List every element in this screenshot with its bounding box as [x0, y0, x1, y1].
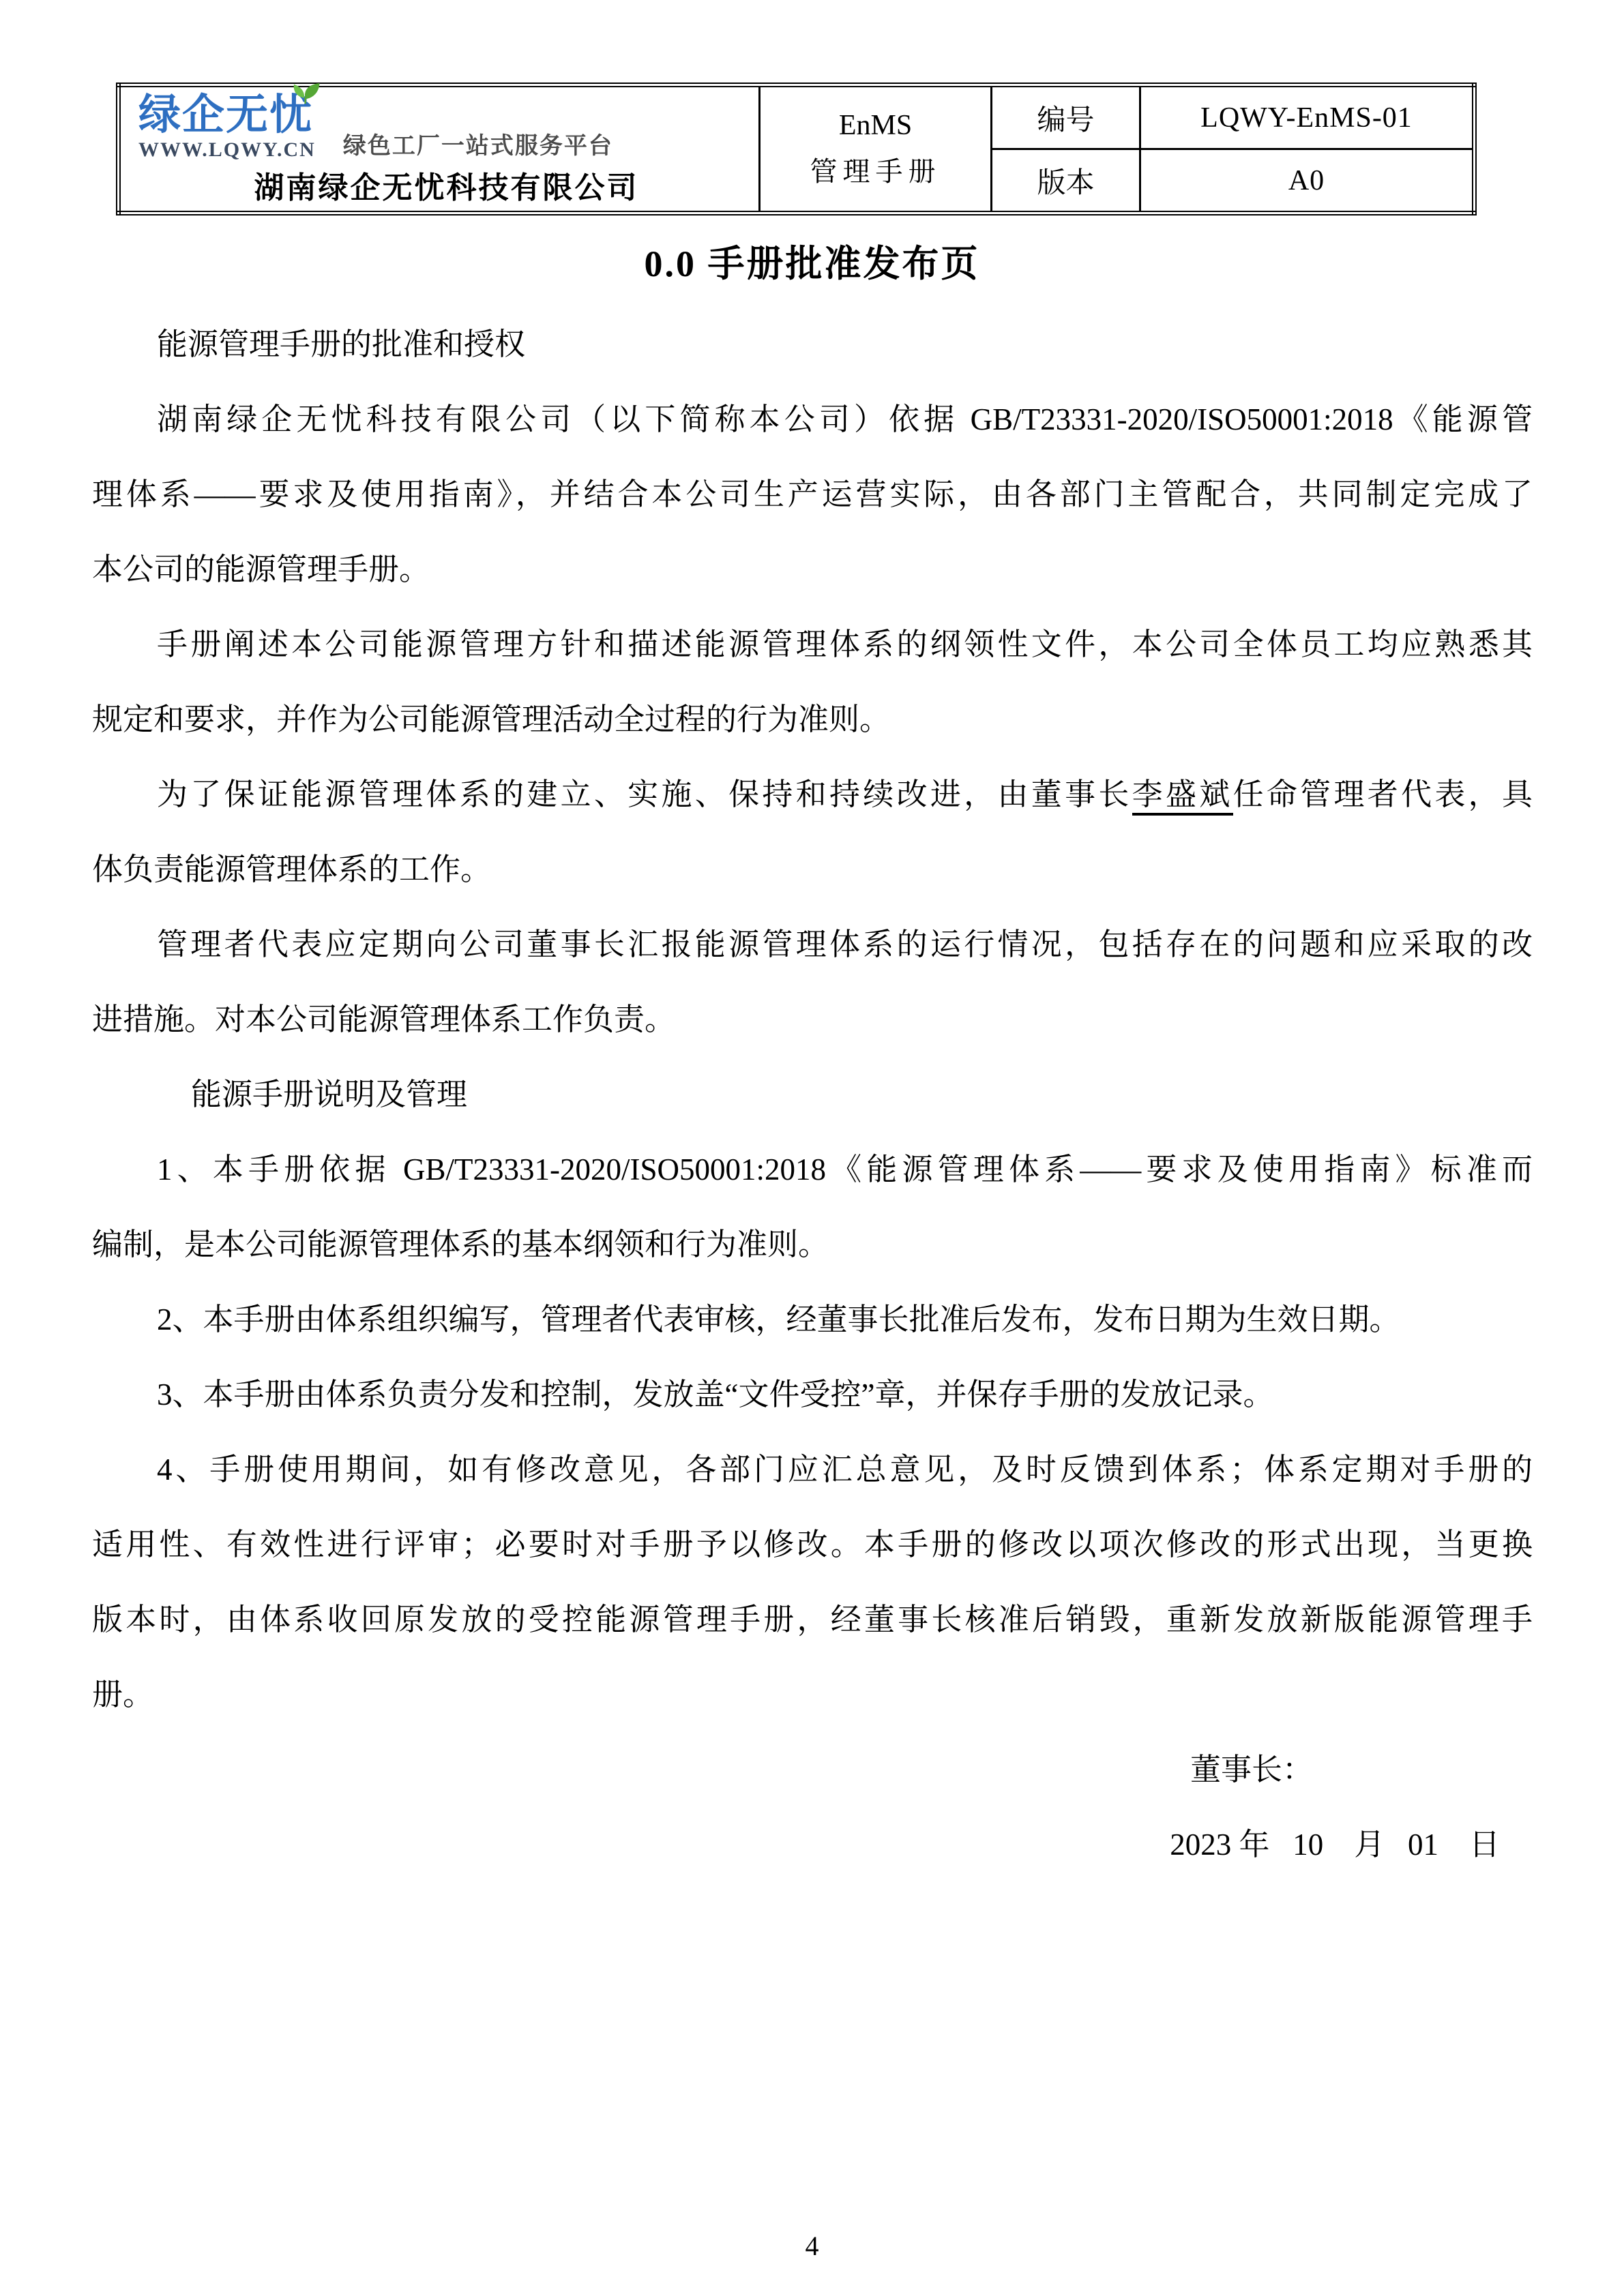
website-url: WWW.LQWY.CN	[138, 138, 316, 162]
field-label-version: 版本	[992, 149, 1140, 213]
body-line-post: 任命管理者代表，具	[1233, 777, 1533, 811]
body-line: 1、本手册依据 GB/T23331-2020/ISO50001:2018《能源管…	[92, 1132, 1533, 1207]
body-line: 体负责能源管理体系的工作。	[92, 832, 1533, 907]
logo-row: 绿企无忧 WWW.LQWY.CN 绿色工厂一站式服务平台	[138, 93, 754, 162]
field-label-number: 编号	[992, 85, 1140, 149]
body-line: 手册阐述本公司能源管理方针和描述能源管理体系的纲领性文件，本公司全体员工均应熟悉…	[92, 607, 1533, 682]
logo-tagline: 绿色工厂一站式服务平台	[343, 127, 613, 160]
body-subheading: 能源手册说明及管理	[92, 1057, 1533, 1132]
body-line: 理体系——要求及使用指南》，并结合本公司生产运营实际，由各部门主管配合，共同制定…	[92, 457, 1533, 532]
doc-type-name: 管理手册	[761, 150, 990, 189]
brand-logotype: 绿企无忧	[138, 93, 313, 137]
page-number: 4	[0, 2230, 1624, 2262]
body-line-pre: 为了保证能源管理体系的建立、实施、保持和持续改进，由董事长	[157, 777, 1132, 811]
signature-date: 2023 年 10 月 01 日	[92, 1807, 1533, 1882]
body-line: 版本时，由体系收回原发放的受控能源管理手册，经董事长核准后销毁，重新发放新版能源…	[92, 1582, 1533, 1657]
body-line: 进措施。对本公司能源管理体系工作负责。	[92, 982, 1533, 1057]
doc-type-code: EnMS	[761, 109, 990, 142]
body-line: 4、手册使用期间，如有修改意见，各部门应汇总意见，及时反馈到体系；体系定期对手册…	[92, 1432, 1533, 1507]
body-line: 适用性、有效性进行评审；必要时对手册予以修改。本手册的修改以项次修改的形式出现，…	[92, 1507, 1533, 1582]
document-header-table: 绿企无忧 WWW.LQWY.CN 绿色工厂一站式服务平台 湖南绿企无	[116, 83, 1477, 215]
logo-block: 绿企无忧 WWW.LQWY.CN 绿色工厂一站式服务平台 湖南绿企无	[121, 87, 758, 211]
company-name: 湖南绿企无忧科技有限公司	[138, 163, 754, 207]
page-title: 0.0 手册批准发布页	[0, 235, 1624, 287]
logo-left: 绿企无忧 WWW.LQWY.CN	[138, 93, 316, 162]
leaf-icon	[287, 82, 321, 105]
body-text: 能源管理手册的批准和授权 湖南绿企无忧科技有限公司（以下简称本公司）依据 GB/…	[92, 307, 1533, 1882]
body-line: 2、本手册由体系组织编写，管理者代表审核，经董事长批准后发布，发布日期为生效日期…	[92, 1282, 1533, 1357]
body-line: 册。	[92, 1657, 1533, 1732]
body-line: 规定和要求，并作为公司能源管理活动全过程的行为准则。	[92, 682, 1533, 757]
body-line: 为了保证能源管理体系的建立、实施、保持和持续改进，由董事长李盛斌任命管理者代表，…	[92, 757, 1533, 832]
logo-cell: 绿企无忧 WWW.LQWY.CN 绿色工厂一站式服务平台 湖南绿企无	[119, 85, 760, 213]
body-line: 本公司的能源管理手册。	[92, 532, 1533, 607]
field-value-version: A0	[1140, 149, 1475, 213]
field-value-number: LQWY-EnMS-01	[1140, 85, 1475, 149]
body-line: 编制，是本公司能源管理体系的基本纲领和行为准则。	[92, 1207, 1533, 1282]
signature-role: 董事长：	[92, 1732, 1533, 1807]
director-name-underlined: 李盛斌	[1132, 777, 1233, 816]
body-line: 3、本手册由体系负责分发和控制，发放盖“文件受控”章，并保存手册的发放记录。	[92, 1357, 1533, 1432]
document-page: 绿企无忧 WWW.LQWY.CN 绿色工厂一站式服务平台 湖南绿企无	[0, 0, 1624, 2296]
body-line: 管理者代表应定期向公司董事长汇报能源管理体系的运行情况，包括存在的问题和应采取的…	[92, 907, 1533, 982]
body-line: 湖南绿企无忧科技有限公司（以下简称本公司）依据 GB/T23331-2020/I…	[92, 382, 1533, 457]
doc-type-cell: EnMS 管理手册	[760, 85, 992, 213]
body-line: 能源管理手册的批准和授权	[92, 307, 1533, 382]
